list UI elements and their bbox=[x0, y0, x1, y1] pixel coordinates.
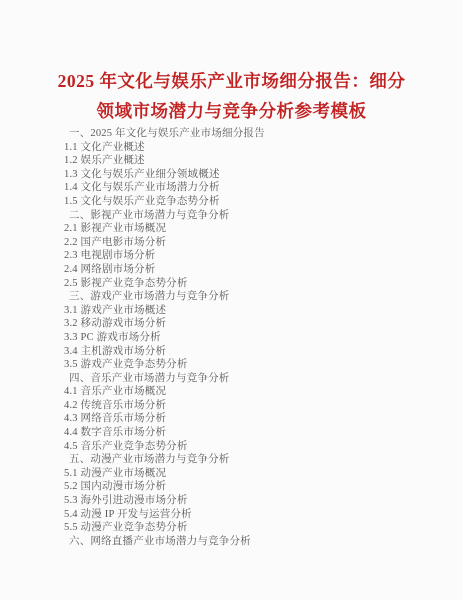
toc-sub-entry: 3.2 移动游戏市场分析 bbox=[64, 317, 443, 331]
toc-sub-entry: 3.3 PC 游戏市场分析 bbox=[64, 331, 443, 345]
toc-sub-entry: 2.5 影视产业竞争态势分析 bbox=[64, 277, 443, 291]
toc-sub-entry: 1.1 文化产业概述 bbox=[64, 141, 443, 155]
report-title-line-2: 领域市场潜力与竞争分析参考模板 bbox=[0, 96, 463, 126]
document-page: 2025 年文化与娱乐产业市场细分报告：细分 领域市场潜力与竞争分析参考模板 一… bbox=[0, 0, 463, 600]
report-title: 2025 年文化与娱乐产业市场细分报告：细分 领域市场潜力与竞争分析参考模板 bbox=[0, 66, 463, 126]
toc-sub-entry: 2.3 电视剧市场分析 bbox=[64, 249, 443, 263]
toc-sub-entry: 5.5 动漫产业竞争态势分析 bbox=[64, 521, 443, 535]
toc-sub-entry: 4.4 数字音乐市场分析 bbox=[64, 426, 443, 440]
toc-sub-entry: 4.1 音乐产业市场概况 bbox=[64, 385, 443, 399]
toc-sub-entry: 1.2 娱乐产业概述 bbox=[64, 154, 443, 168]
toc-section-entry: 一、2025 年文化与娱乐产业市场细分报告 bbox=[64, 127, 443, 141]
toc-section-entry: 六、网络直播产业市场潜力与竞争分析 bbox=[64, 535, 443, 549]
toc-sub-entry: 1.5 文化与娱乐产业竞争态势分析 bbox=[64, 195, 443, 209]
toc-sub-entry: 3.1 游戏产业市场概述 bbox=[64, 304, 443, 318]
toc-sub-entry: 4.3 网络音乐市场分析 bbox=[64, 412, 443, 426]
toc-sub-entry: 3.4 主机游戏市场分析 bbox=[64, 345, 443, 359]
toc-section-entry: 四、音乐产业市场潜力与竞争分析 bbox=[64, 372, 443, 386]
toc-sub-entry: 4.2 传统音乐市场分析 bbox=[64, 399, 443, 413]
toc-sub-entry: 2.4 网络剧市场分析 bbox=[64, 263, 443, 277]
toc-sub-entry: 1.4 文化与娱乐产业市场潜力分析 bbox=[64, 181, 443, 195]
toc-sub-entry: 3.5 游戏产业竞争态势分析 bbox=[64, 358, 443, 372]
toc-section-entry: 二、影视产业市场潜力与竞争分析 bbox=[64, 209, 443, 223]
toc-sub-entry: 5.4 动漫 IP 开发与运营分析 bbox=[64, 508, 443, 522]
report-title-line-1: 2025 年文化与娱乐产业市场细分报告：细分 bbox=[0, 66, 463, 96]
toc-sub-entry: 2.1 影视产业市场概况 bbox=[64, 222, 443, 236]
toc-section-entry: 五、动漫产业市场潜力与竞争分析 bbox=[64, 453, 443, 467]
toc-sub-entry: 5.2 国内动漫市场分析 bbox=[64, 480, 443, 494]
toc-sub-entry: 5.1 动漫产业市场概况 bbox=[64, 467, 443, 481]
toc-sub-entry: 4.5 音乐产业竞争态势分析 bbox=[64, 440, 443, 454]
toc-sub-entry: 2.2 国产电影市场分析 bbox=[64, 236, 443, 250]
toc-section-entry: 三、游戏产业市场潜力与竞争分析 bbox=[64, 290, 443, 304]
toc-sub-entry: 5.3 海外引进动漫市场分析 bbox=[64, 494, 443, 508]
toc-sub-entry: 1.3 文化与娱乐产业细分领域概述 bbox=[64, 168, 443, 182]
table-of-contents: 一、2025 年文化与娱乐产业市场细分报告1.1 文化产业概述1.2 娱乐产业概… bbox=[64, 127, 443, 548]
